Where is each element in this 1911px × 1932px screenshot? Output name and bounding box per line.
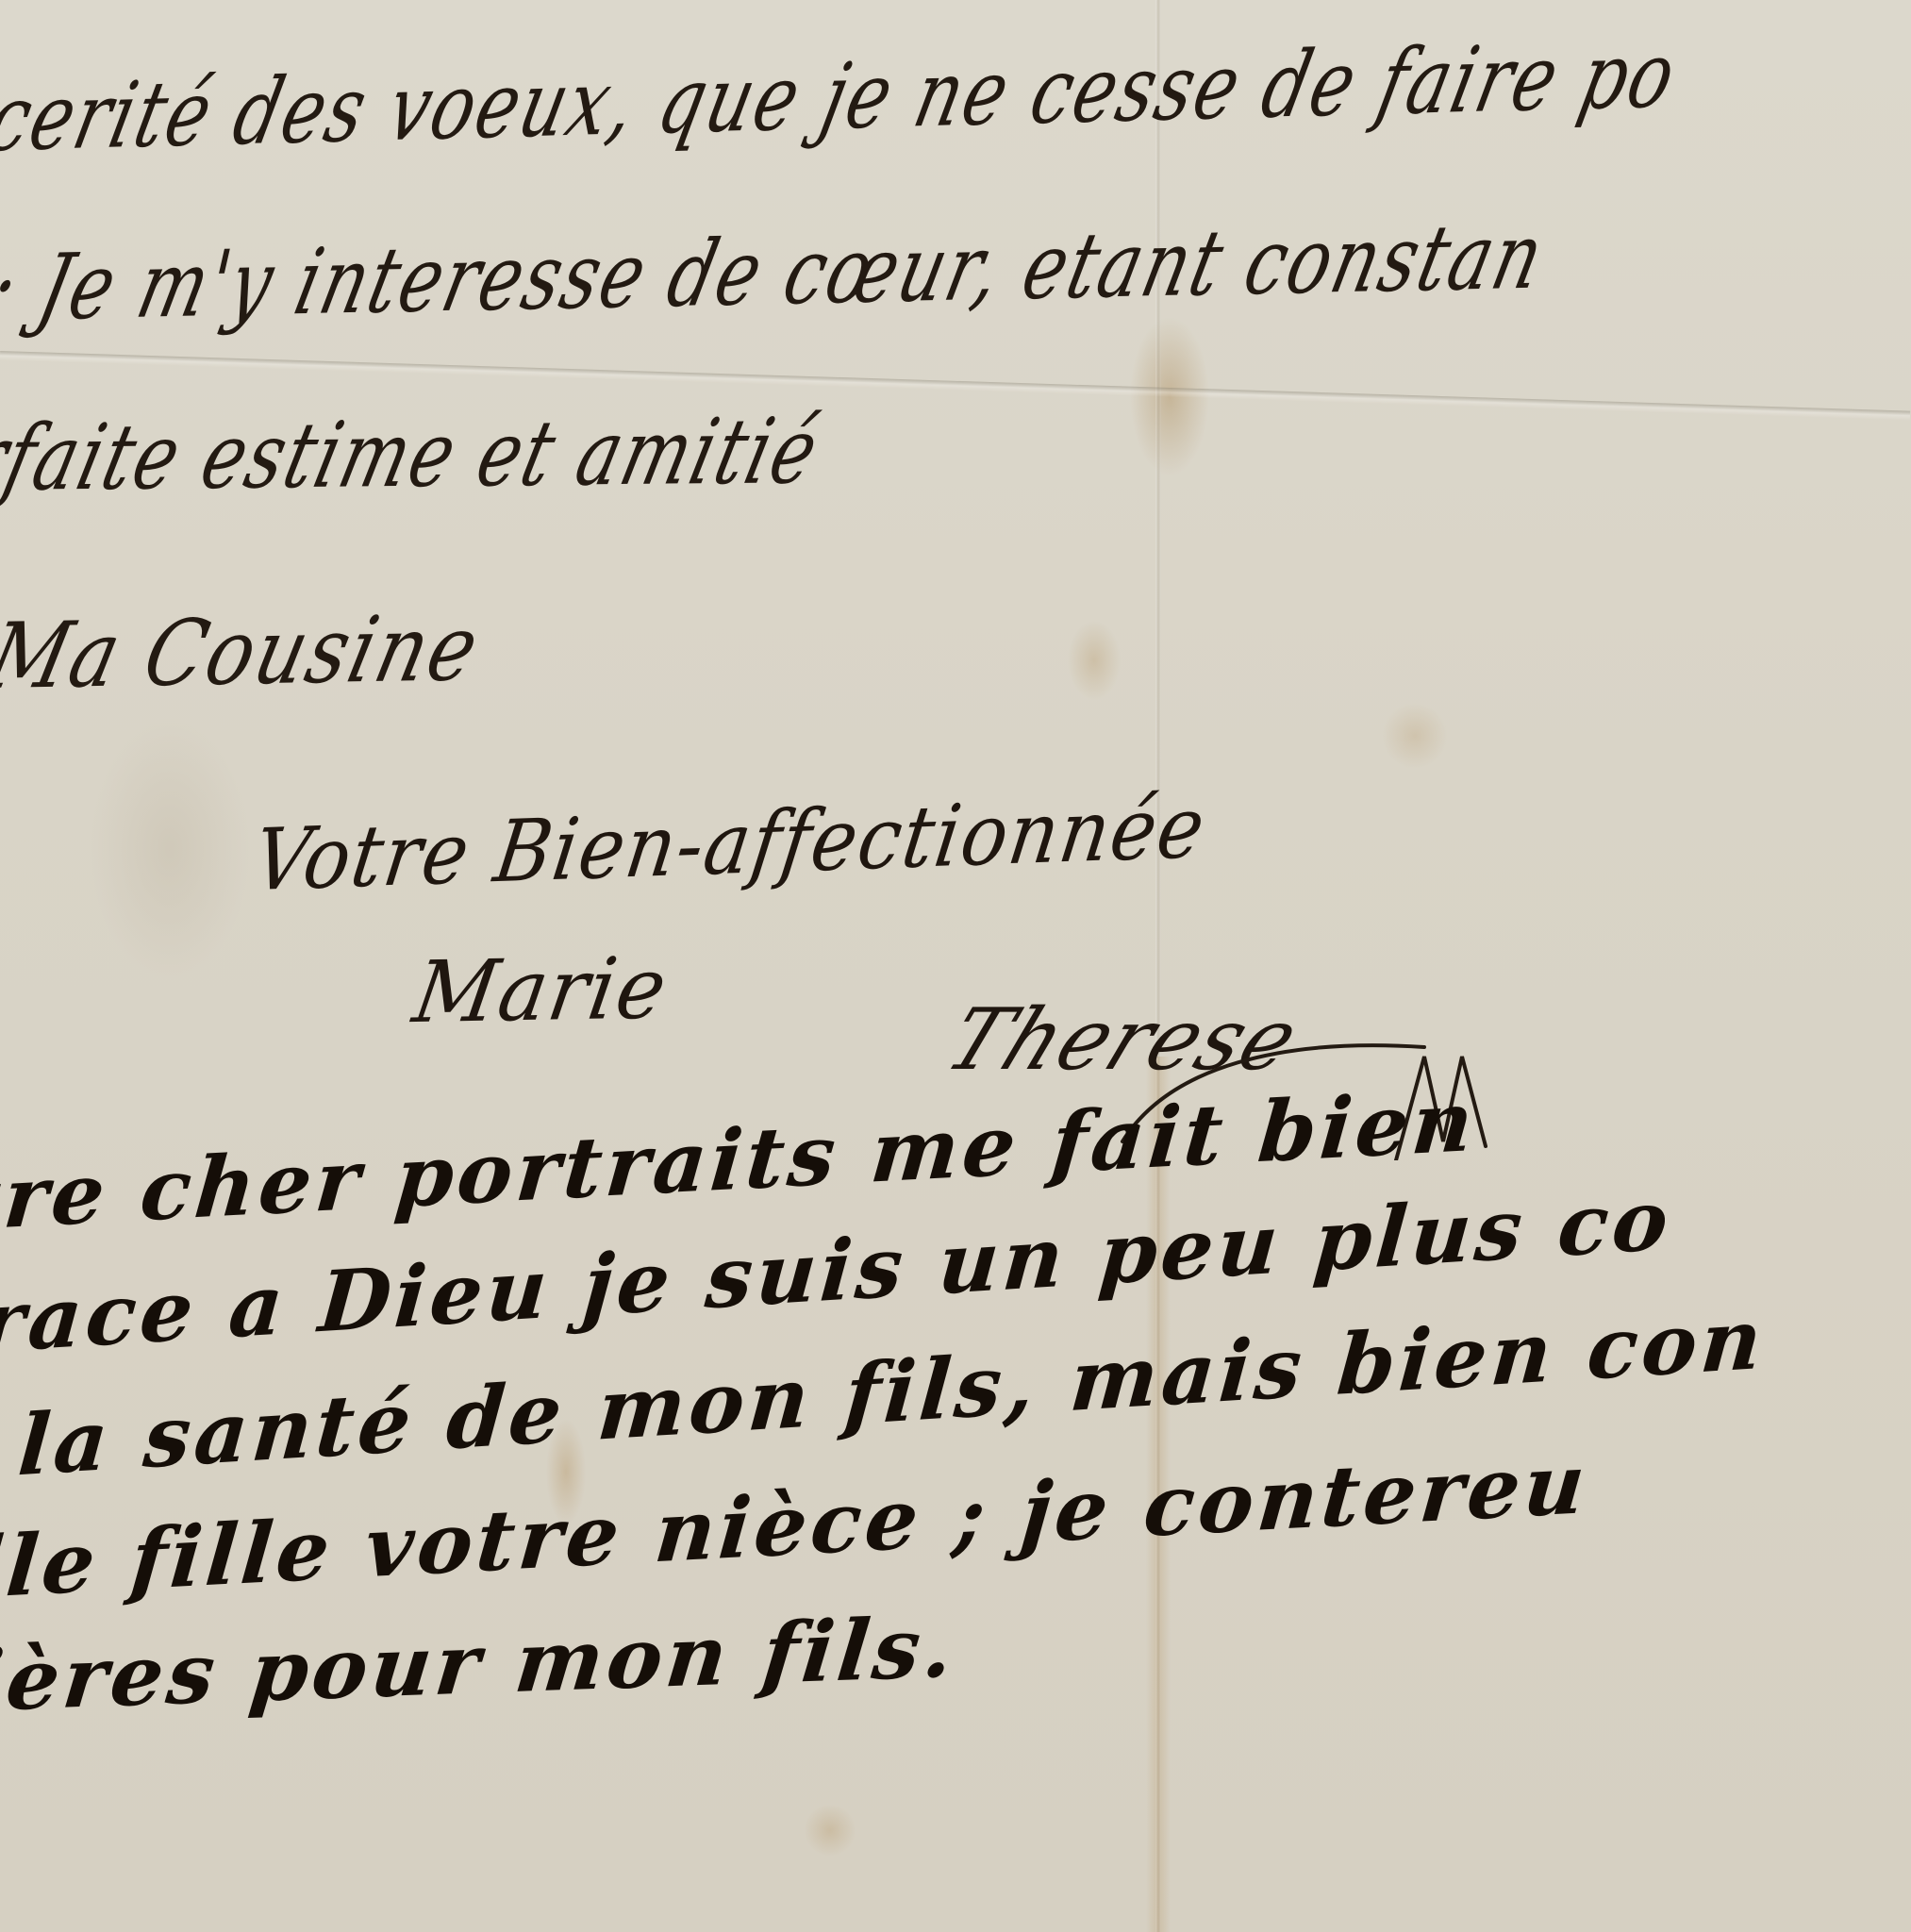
closing-phrase: Votre Bien-affectionnée <box>248 778 1212 911</box>
letter-page: cerité des voeux, que je ne cesse de fai… <box>0 0 1911 1932</box>
body-line-1: cerité des voeux, que je ne cesse de fai… <box>0 22 1687 172</box>
postscript-line-5: ières pour mon fils. <box>0 1597 961 1730</box>
salutation: Ma Cousine <box>0 595 490 709</box>
signature-first-name: Marie <box>407 939 674 1042</box>
body-line-2: : Je m'y interesse de cœur, etant consta… <box>0 203 1554 341</box>
body-line-3: rfaite estime et amitié <box>0 398 830 511</box>
